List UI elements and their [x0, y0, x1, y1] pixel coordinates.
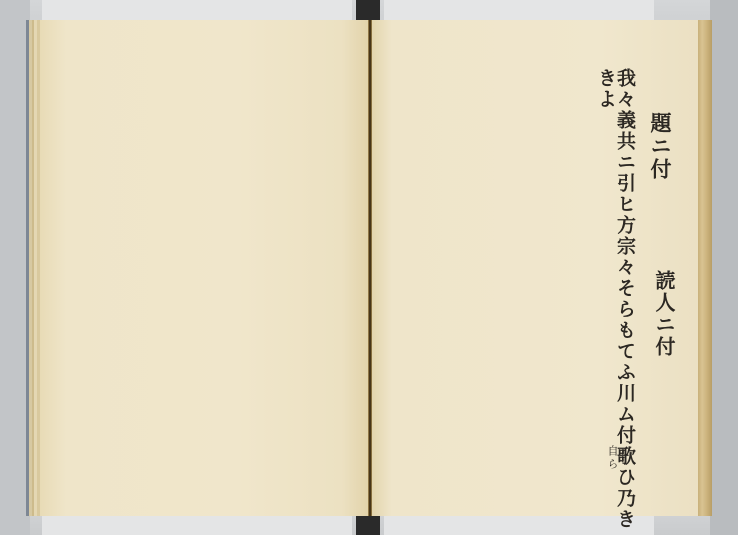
support-strip-top-left: [42, 0, 352, 22]
left-page: [40, 20, 368, 516]
text-column-small: 自ら: [607, 445, 618, 471]
text-column-title-1: 題ニ付: [650, 112, 671, 181]
book-fore-edge: [698, 20, 712, 516]
book-clip-top: [356, 0, 380, 22]
support-strip-bottom-left: [42, 515, 352, 535]
backdrop-right: [710, 0, 738, 535]
book-clip-bottom: [356, 514, 380, 535]
right-page: [372, 20, 698, 516]
text-column-title-2: 読人ニ付: [654, 270, 674, 358]
book-spine-edge: [26, 20, 40, 516]
support-strip-top-right: [384, 0, 654, 22]
